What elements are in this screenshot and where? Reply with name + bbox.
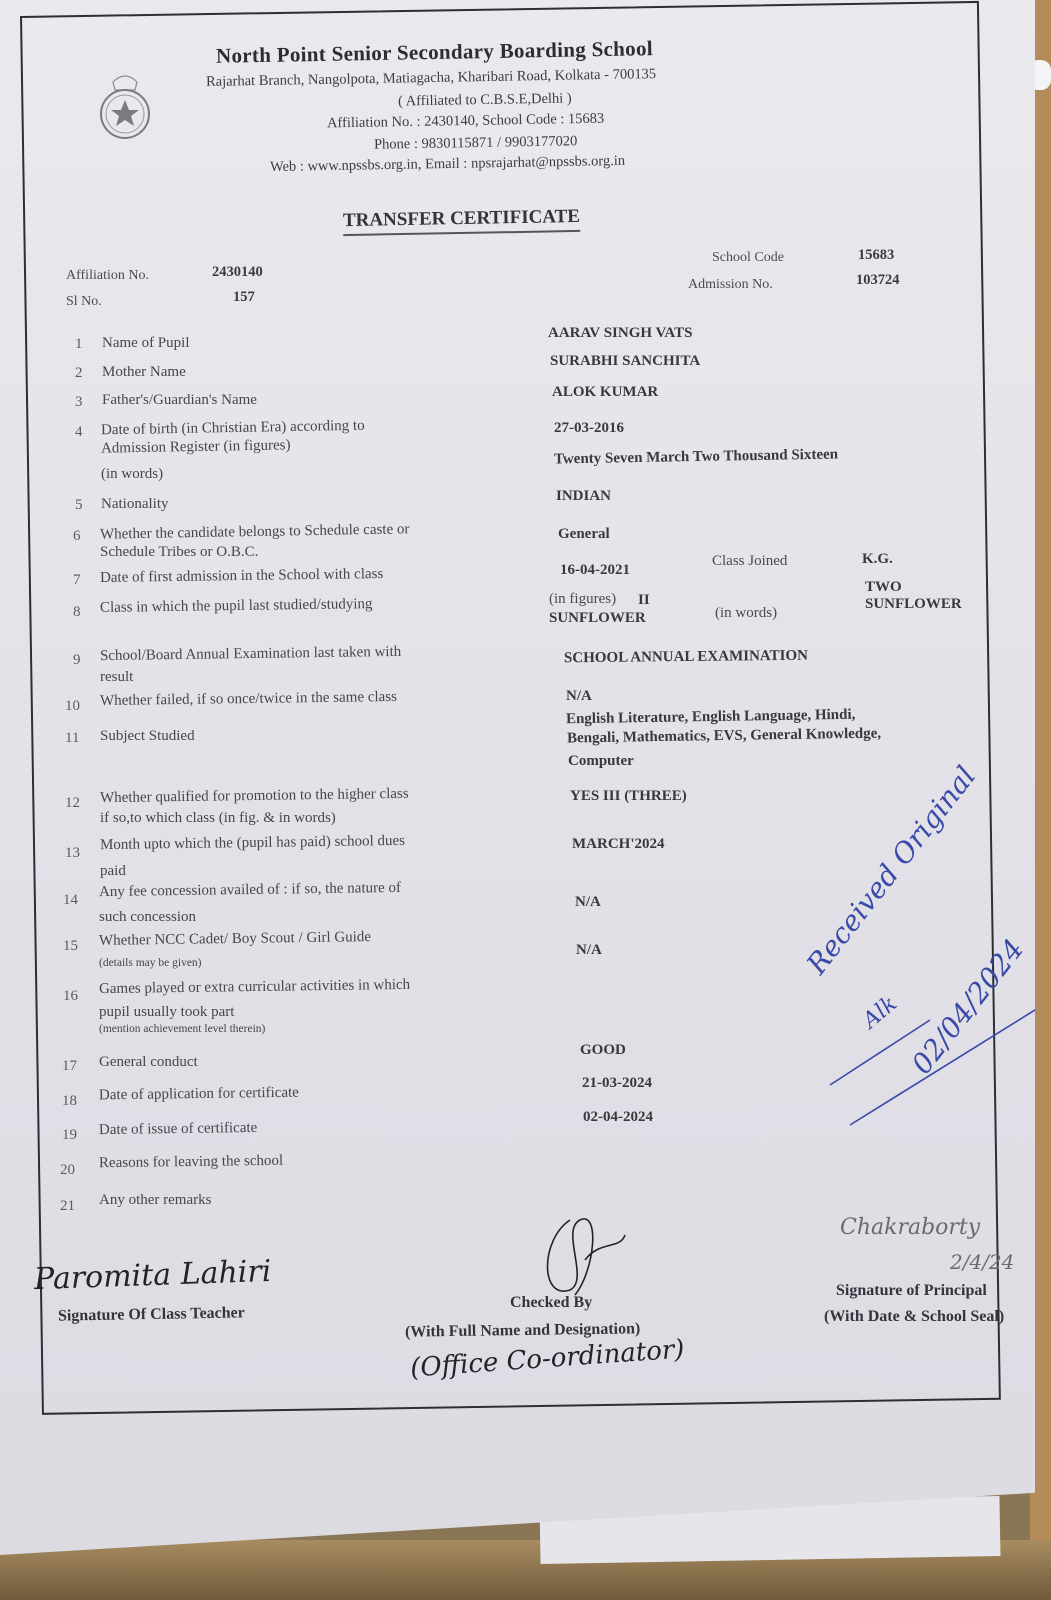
field-label-line2: result [100, 668, 133, 687]
sl-label: Sl No. [66, 294, 102, 310]
field-label: Nationality [101, 495, 169, 514]
first-admission-date: 16-04-2021 [560, 561, 630, 580]
field-label-line2: such concession [99, 908, 196, 927]
field-number: 5 [75, 497, 83, 514]
class-words-label: (in words) [715, 605, 777, 622]
field-number: 11 [65, 730, 79, 747]
field-label: Subject Studied [100, 727, 195, 746]
field-number: 8 [73, 604, 81, 621]
pupil-name: AARAV SINGH VATS [548, 324, 693, 343]
field-label: Date of application for certificate [99, 1084, 299, 1106]
principal-signature-sub: (With Date & School Seal) [824, 1308, 1004, 1326]
field-label: General conduct [99, 1053, 198, 1072]
field-number: 4 [75, 424, 83, 441]
certificate-paper: North Point Senior Secondary Boarding Sc… [0, 0, 1035, 1555]
application-date: 21-03-2024 [582, 1074, 652, 1093]
nationality: INDIAN [556, 487, 611, 506]
field-number: 16 [63, 988, 78, 1005]
affiliation-line: ( Affiliated to C.B.S.E,Delhi ) [398, 90, 572, 110]
field-number: 17 [62, 1058, 77, 1075]
class-joined-label: Class Joined [712, 553, 787, 570]
field-number: 1 [75, 336, 83, 353]
class-section: SUNFLOWER [549, 609, 646, 628]
field-number: 12 [65, 795, 80, 812]
class-figures-value: II [638, 591, 650, 610]
field-number: 21 [60, 1198, 75, 1215]
field-label: Mother Name [102, 363, 186, 382]
field-number: 9 [73, 652, 81, 669]
field-number: 19 [62, 1127, 77, 1144]
field-label-line2: (details may be given) [99, 954, 202, 973]
affiliation-label: Affiliation No. [66, 268, 149, 284]
field-label-line2: if so,to which class (in fig. & in words… [100, 809, 336, 828]
field-number: 3 [75, 394, 83, 411]
phone-line: Phone : 9830115871 / 9903177020 [374, 133, 578, 154]
field-number: 10 [65, 698, 80, 715]
last-exam: SCHOOL ANNUAL EXAMINATION [564, 647, 808, 669]
field-label: Whether NCC Cadet/ Boy Scout / Girl Guid… [99, 928, 371, 951]
field-label: Date of issue of certificate [99, 1119, 258, 1140]
class-figures-label: (in figures) [549, 591, 616, 608]
annotation-strokes [820, 960, 1051, 1130]
principal-signature-label: Signature of Principal [836, 1282, 987, 1300]
field-label-line2: Schedule Tribes or O.B.C. [100, 543, 258, 562]
field-label-line2: Admission Register (in figures) [101, 436, 291, 458]
field-number: 20 [60, 1162, 75, 1179]
star-emblem-icon [95, 64, 155, 144]
field-number: 2 [75, 365, 83, 382]
field-number: 7 [73, 572, 81, 589]
ncc-status: N/A [576, 941, 602, 960]
certificate-title: TRANSFER CERTIFICATE [343, 206, 580, 236]
school-code-value: 15683 [858, 247, 894, 264]
promotion: YES III (THREE) [570, 787, 687, 806]
affiliation-value: 2430140 [212, 264, 263, 281]
field-label: Class in which the pupil last studied/st… [100, 595, 373, 618]
field-number: 14 [63, 892, 78, 909]
principal-sign-date: 2/4/24 [950, 1250, 1014, 1274]
father-name: ALOK KUMAR [552, 383, 658, 402]
admission-value: 103724 [856, 272, 900, 289]
field-label-line3: (in words) [101, 465, 163, 484]
fee-concession: N/A [575, 893, 601, 912]
category: General [558, 525, 610, 544]
field-number: 15 [63, 938, 78, 955]
class-words-section: SUNFLOWER [865, 595, 962, 614]
field-label-line3: (mention achievement level therein) [99, 1020, 265, 1039]
field-number: 18 [62, 1093, 77, 1110]
issue-date: 02-04-2024 [583, 1108, 653, 1127]
class-joined-value: K.G. [862, 550, 893, 569]
field-number: 13 [65, 845, 80, 862]
field-label: Any other remarks [99, 1191, 211, 1210]
general-conduct: GOOD [580, 1041, 626, 1060]
field-label: Father's/Guardian's Name [102, 391, 257, 410]
field-label: Reasons for leaving the school [99, 1152, 283, 1174]
field-label-line2: paid [100, 862, 126, 881]
admission-label: Admission No. [688, 277, 773, 293]
mother-name: SURABHI SANCHITA [550, 352, 700, 371]
failed-status: N/A [566, 687, 592, 706]
checked-by-label: Checked By [510, 1294, 592, 1312]
teacher-signature-label: Signature Of Class Teacher [58, 1304, 245, 1325]
field-label: Name of Pupil [102, 334, 190, 353]
field-label: Date of first admission in the School wi… [100, 565, 384, 588]
school-code-label: School Code [712, 250, 784, 266]
subjects-line3: Computer [568, 752, 634, 771]
sl-value: 157 [233, 289, 255, 306]
checked-by-sub: (With Full Name and Designation) [405, 1320, 641, 1341]
dues-paid: MARCH'2024 [572, 835, 665, 854]
field-number: 6 [73, 528, 81, 545]
principal-signature: Chakraborty [840, 1215, 980, 1240]
dob-figures: 27-03-2016 [554, 419, 624, 438]
